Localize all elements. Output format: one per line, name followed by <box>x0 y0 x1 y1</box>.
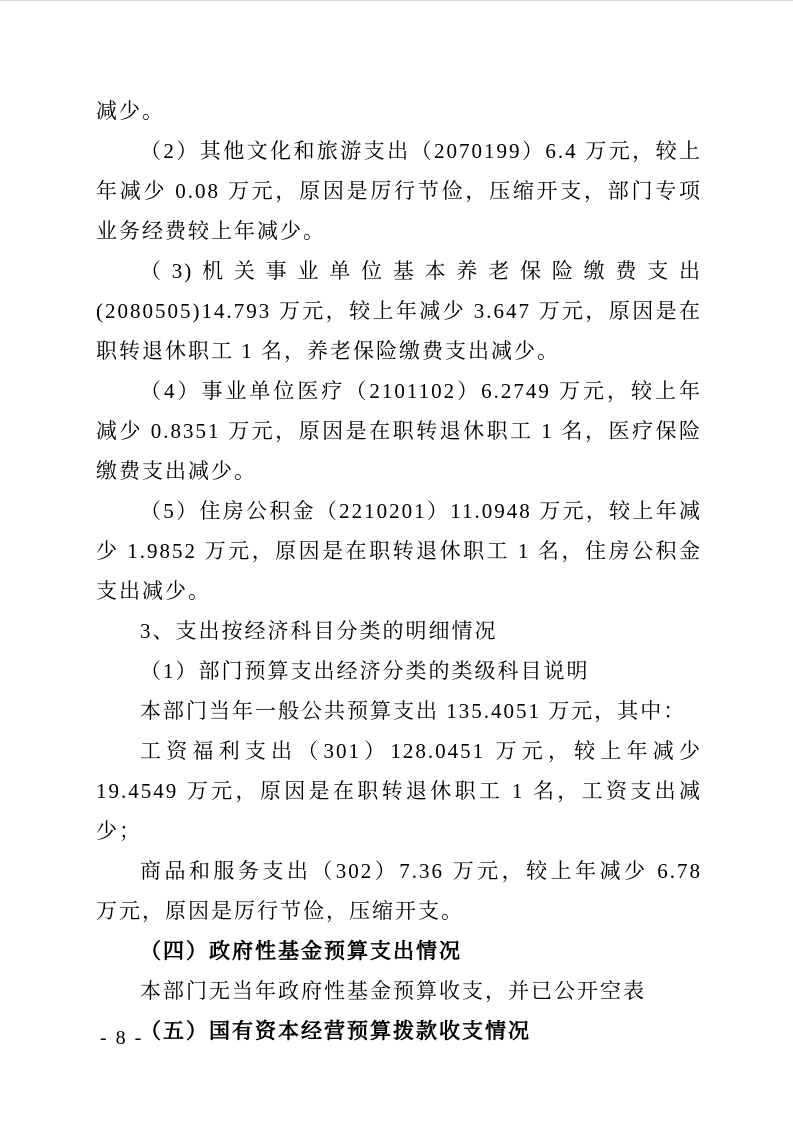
section-heading-5: （五）国有资本经营预算拨款收支情况 <box>96 1011 702 1051</box>
paragraph-item-5: （5）住房公积金（2210201）11.0948 万元，较上年减少 1.9852… <box>96 491 702 611</box>
subsection-heading-3-1: （1）部门预算支出经济分类的类级科目说明 <box>96 651 702 691</box>
paragraph-item-3: （3)机关事业单位基本养老保险缴费支出(2080505)14.793 万元，较上… <box>96 251 702 371</box>
paragraph-wage-expense: 工资福利支出（301）128.0451 万元，较上年减少 19.4549 万元，… <box>96 731 702 851</box>
subsection-heading-3: 3、支出按经济科目分类的明细情况 <box>96 611 702 651</box>
paragraph-goods-services-expense: 商品和服务支出（302）7.36 万元，较上年减少 6.78 万元，原因是厉行节… <box>96 851 702 931</box>
section-heading-4: （四）政府性基金预算支出情况 <box>96 931 702 971</box>
page-number: - 8 - <box>100 1023 143 1053</box>
paragraph-continuation: 减少。 <box>96 91 702 131</box>
paragraph-budget-total: 本部门当年一般公共预算支出 135.4051 万元，其中： <box>96 691 702 731</box>
paragraph-gov-fund-note: 本部门无当年政府性基金预算收支，并已公开空表 <box>96 971 702 1011</box>
document-body: 减少。 （2）其他文化和旅游支出（2070199）6.4 万元，较上年减少 0.… <box>96 91 702 1051</box>
document-page: 减少。 （2）其他文化和旅游支出（2070199）6.4 万元，较上年减少 0.… <box>0 0 793 1122</box>
paragraph-item-2: （2）其他文化和旅游支出（2070199）6.4 万元，较上年减少 0.08 万… <box>96 131 702 251</box>
paragraph-item-4: （4）事业单位医疗（2101102）6.2749 万元，较上年减少 0.8351… <box>96 371 702 491</box>
